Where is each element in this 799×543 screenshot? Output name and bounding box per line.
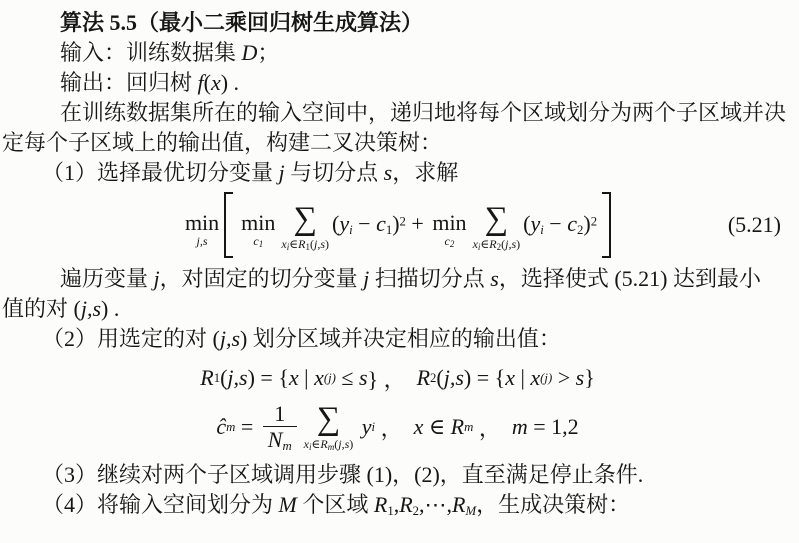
equation-cm: ĉm = 1Nm∑xi∈Rm(j,s) yi ， x ∈ Rm ， m = 1,… xyxy=(2,398,793,456)
text-run: j,s xyxy=(81,296,101,321)
text-run: ) . xyxy=(101,296,119,321)
text-run: ∑xi∈R1(j,s) xyxy=(281,203,329,251)
text-run: x xyxy=(414,414,424,440)
text-run: ， xyxy=(473,412,512,443)
text-run: j,s xyxy=(314,237,325,251)
text-run: D xyxy=(242,40,258,65)
text-run: ∑ xyxy=(317,401,341,437)
text-run: x xyxy=(530,365,540,391)
text-run: ∈ xyxy=(289,237,298,251)
text-run: ，生成决策树： xyxy=(476,492,630,517)
paragraph2-line2: 值的对 (j,s) . xyxy=(2,294,793,324)
text-run: 1 xyxy=(259,239,264,249)
text-run: min xyxy=(241,210,275,235)
text-run: 在训练数据集所在的输入空间中，递归地将每个区域划分为两个子区域并决 xyxy=(60,100,786,125)
text-run: ( xyxy=(436,365,443,391)
text-run: minc2 xyxy=(432,211,466,248)
text-run: ， xyxy=(375,412,414,443)
text-run: minc1 xyxy=(241,211,275,248)
text-run: 1Nm xyxy=(263,402,297,453)
text-run: R xyxy=(399,492,412,517)
text-run: ) xyxy=(516,237,520,251)
text-run: x xyxy=(289,365,299,391)
step1-line: （1）选择最优切分变量 j 与切分点 s，求解 xyxy=(2,158,793,188)
text-run: （2）用选定的对 ( xyxy=(42,326,220,351)
equation-regions: R1(j,s) = {x | x(j) ≤ s} ， R2(j,s) = {x … xyxy=(2,358,793,398)
text-run: | xyxy=(299,365,314,391)
left-bracket xyxy=(224,192,233,258)
text-run: R xyxy=(417,365,430,391)
text-run: j,s xyxy=(338,437,349,451)
text-run: 算法 5.5（最小二乘回归树生成算法） xyxy=(60,10,423,35)
text-run: = 1,2 xyxy=(528,414,579,440)
text-run: j,s xyxy=(220,326,240,351)
text-run: | xyxy=(515,365,530,391)
text-run: 定每个子区域上的输出值，构建二叉决策树： xyxy=(2,130,442,155)
textbook-page: 算法 5.5（最小二乘回归树生成算法） 输入：训练数据集 D； 输出：回归树 f… xyxy=(0,0,799,520)
paragraph1-line2: 定每个子区域上的输出值，构建二叉决策树： xyxy=(2,128,793,158)
text-run: + xyxy=(406,211,429,236)
input-line: 输入：训练数据集 D； xyxy=(2,38,793,68)
right-bracket xyxy=(602,192,611,258)
text-run: ,⋯, xyxy=(419,492,452,517)
text-run: R xyxy=(489,237,496,251)
text-run: ) xyxy=(583,211,590,236)
text-run: − xyxy=(353,211,376,236)
text-run: min xyxy=(432,210,466,235)
text-run: ，对固定的切分变量 xyxy=(160,266,364,291)
text-run: m xyxy=(282,439,291,453)
text-run: y xyxy=(339,211,349,236)
text-run: R xyxy=(374,492,387,517)
text-run: 扫描切分点 xyxy=(369,266,490,291)
text-run: ∈ xyxy=(423,414,450,440)
equation-5-21-body: minj,sminc1∑xi∈R1(j,s)(yi − c1)2 + minc2… xyxy=(182,192,613,258)
text-run: ∑ xyxy=(293,201,317,237)
text-run: y xyxy=(362,414,372,440)
text-run: ≤ xyxy=(336,365,359,391)
text-run: R xyxy=(451,414,464,440)
text-run: 2 xyxy=(450,239,455,249)
text-run: ) = { xyxy=(248,365,289,391)
text-run: ) xyxy=(349,437,353,451)
text-run: j,s xyxy=(444,365,464,391)
text-run: s xyxy=(490,266,499,291)
text-run: 输入：训练数据集 xyxy=(60,40,242,65)
step2-line: （2）用选定的对 (j,s) 划分区域并决定相应的输出值： xyxy=(2,324,793,354)
text-run: ，求解 xyxy=(392,160,458,185)
text-run: x xyxy=(505,365,515,391)
equation-5-21: minj,sminc1∑xi∈R1(j,s)(yi − c1)2 + minc2… xyxy=(2,188,793,262)
text-run: ) xyxy=(392,211,399,236)
text-run: ) . xyxy=(221,70,239,95)
text-run: R xyxy=(452,492,465,517)
text-run: ) 划分区域并决定相应的输出值： xyxy=(240,326,561,351)
text-run: minj,s xyxy=(185,211,219,248)
text-run: ，选择使式 (5.21) 达到最小 xyxy=(499,266,761,291)
text-run: 个区域 xyxy=(297,492,374,517)
text-run: } xyxy=(584,365,595,391)
paragraph2-line1: 遍历变量 j，对固定的切分变量 j 扫描切分点 s，选择使式 (5.21) 达到… xyxy=(2,264,793,294)
text-run: x xyxy=(314,365,324,391)
text-run: s xyxy=(576,365,585,391)
text-run: c xyxy=(376,211,386,236)
text-run: ( xyxy=(204,70,211,95)
text-run: （4）将输入空间划分为 xyxy=(42,492,279,517)
text-run: 与切分点 xyxy=(285,160,384,185)
text-run: y xyxy=(530,211,540,236)
text-run: ； xyxy=(257,40,279,65)
text-run: ∑xi∈R2(j,s) xyxy=(473,203,521,251)
text-run: x xyxy=(211,70,221,95)
text-run: ĉ xyxy=(216,414,226,440)
text-run: R xyxy=(320,437,327,451)
text-run: ∈ xyxy=(480,237,489,251)
text-run: 1 xyxy=(274,401,285,426)
text-run: > xyxy=(552,365,575,391)
text-run: ∑xi∈Rm(j,s) xyxy=(304,403,354,451)
text-run: s xyxy=(359,365,368,391)
text-run: M xyxy=(465,504,476,518)
text-run: − xyxy=(544,211,567,236)
text-run: 遍历变量 xyxy=(60,266,154,291)
text-run: c xyxy=(567,211,577,236)
text-run: N xyxy=(268,427,283,452)
text-run: } ， xyxy=(368,363,417,394)
text-run: ∑ xyxy=(485,201,509,237)
text-run: j,s xyxy=(227,365,247,391)
text-run: j,s xyxy=(197,234,208,248)
text-run: R xyxy=(200,365,213,391)
step4-line: （4）将输入空间划分为 M 个区域 R1,R2,⋯,RM，生成决策树： xyxy=(2,490,793,520)
text-run: 输出：回归树 xyxy=(60,70,198,95)
paragraph1-line1: 在训练数据集所在的输入空间中，递归地将每个区域划分为两个子区域并决 xyxy=(2,98,793,128)
text-run: （1）选择最优切分变量 xyxy=(42,160,279,185)
text-run: M xyxy=(279,492,297,517)
text-run: ) xyxy=(325,237,329,251)
equation-number: (5.21) xyxy=(728,212,781,238)
text-run: min xyxy=(185,210,219,235)
text-run: 值的对 ( xyxy=(2,296,81,321)
output-line: 输出：回归树 f(x) . xyxy=(2,68,793,98)
step3-line: （3）继续对两个子区域调用步骤 (1)，(2)，直至满足停止条件. xyxy=(2,460,793,490)
algorithm-heading: 算法 5.5（最小二乘回归树生成算法） xyxy=(2,8,793,38)
text-run: 2 xyxy=(591,215,597,229)
text-run: ) = { xyxy=(464,365,505,391)
text-run: m xyxy=(512,414,528,440)
text-run: （3）继续对两个子区域调用步骤 (1)，(2)，直至满足停止条件. xyxy=(42,462,643,487)
text-run: s xyxy=(384,160,393,185)
text-run: = xyxy=(235,414,258,440)
text-run: j,s xyxy=(505,237,516,251)
